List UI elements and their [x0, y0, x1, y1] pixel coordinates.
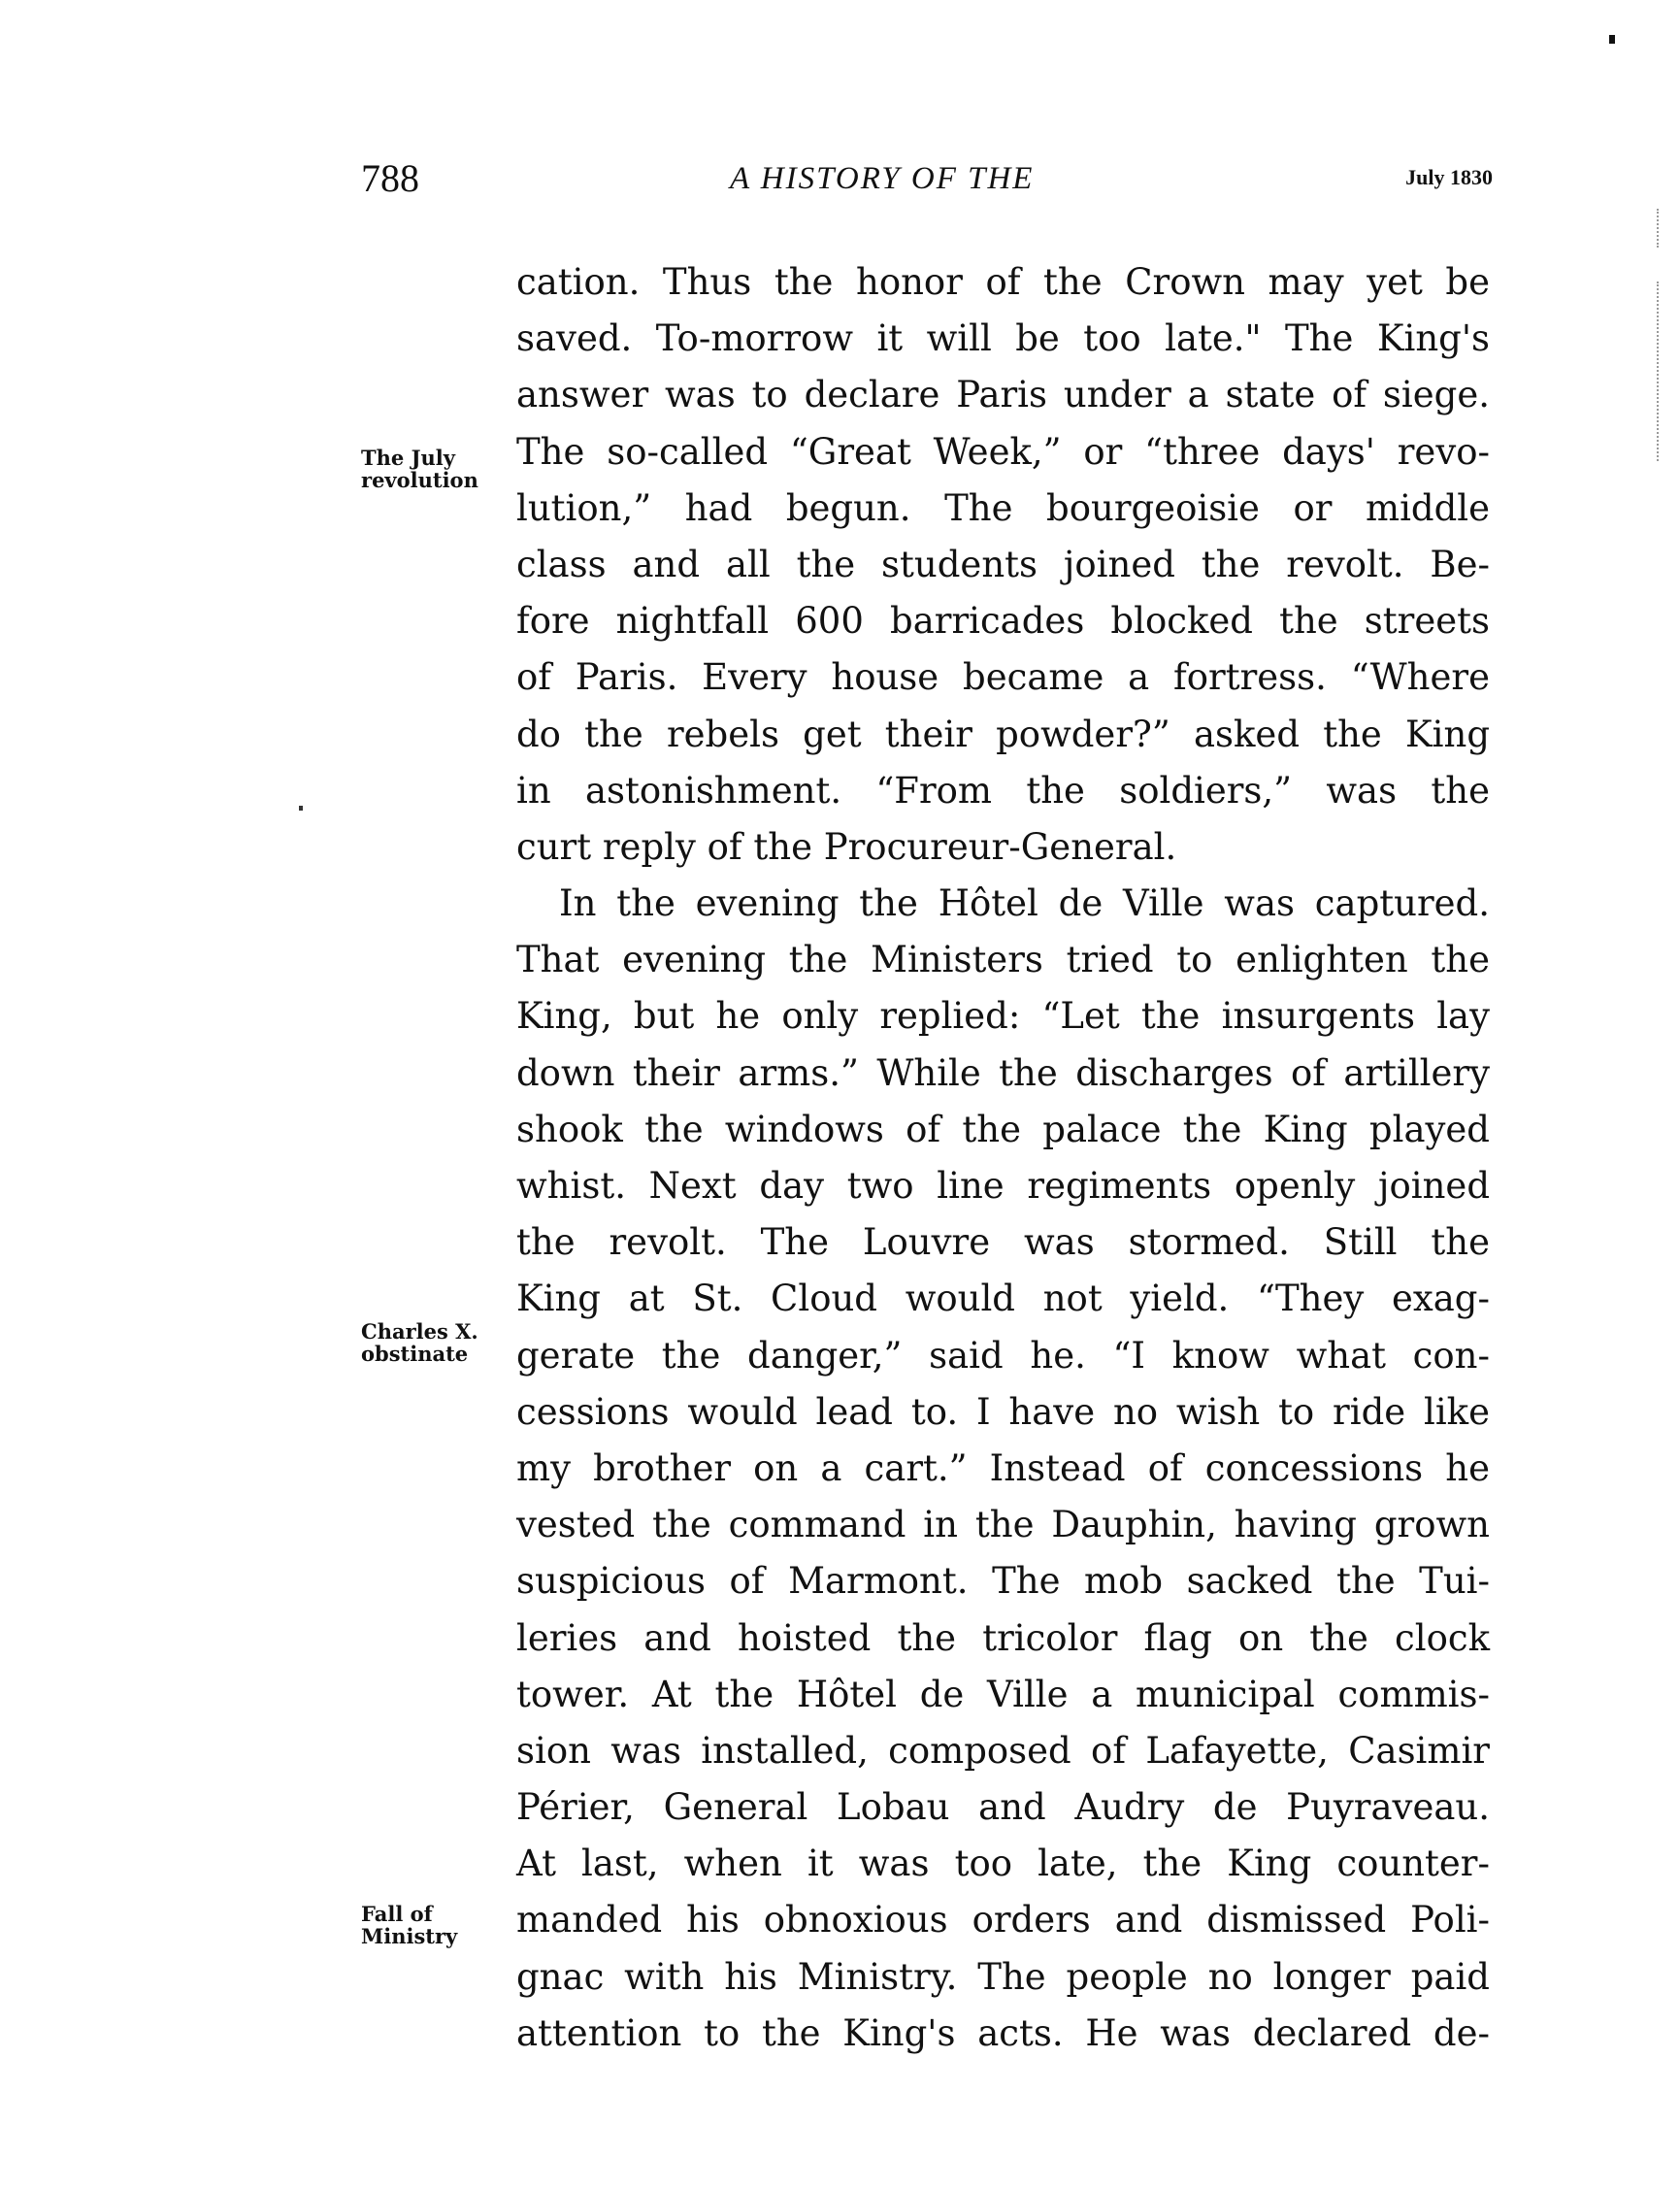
margin-note-line: obstinate: [361, 1343, 478, 1365]
text-line: attention to the King's acts. He was dec…: [516, 2006, 1490, 2062]
scan-mark: [1609, 35, 1615, 44]
margin-note-charles-obstinate: Charles X. obstinate: [361, 1320, 478, 1365]
book-page: 788 A HISTORY OF THE July 1830 The July …: [0, 0, 1680, 2191]
text-line: down their arms.” While the discharges o…: [516, 1046, 1490, 1102]
text-line: do the rebels get their powder?” asked t…: [516, 707, 1490, 763]
margin-note-line: Charles X.: [361, 1320, 478, 1343]
text-line: cation. Thus the honor of the Crown may …: [516, 254, 1490, 311]
text-line: curt reply of the Procureur-General.: [516, 819, 1490, 876]
text-line: King at St. Cloud would not yield. “They…: [516, 1271, 1490, 1327]
text-line: vested the command in the Dauphin, havin…: [516, 1497, 1490, 1553]
page-number: 788: [361, 155, 419, 201]
text-line: the revolt. The Louvre was stormed. Stil…: [516, 1214, 1490, 1271]
margin-note-july-revolution: The July revolution: [361, 447, 478, 491]
scan-speck: [299, 806, 303, 811]
margin-note-line: revolution: [361, 469, 478, 491]
text-line: my brother on a cart.” Instead of conces…: [516, 1441, 1490, 1497]
margin-note-line: Ministry: [361, 1925, 457, 1947]
text-line: gerate the danger,” said he. “I know wha…: [516, 1328, 1490, 1384]
text-line: gnac with his Ministry. The people no lo…: [516, 1949, 1490, 2006]
text-line: of Paris. Every house became a fortress.…: [516, 649, 1490, 706]
running-title: A HISTORY OF THE: [730, 161, 1034, 197]
scan-edge-marks: [1657, 209, 1662, 248]
text-line: At last, when it was too late, the King …: [516, 1836, 1490, 1892]
running-date: July 1830: [1405, 165, 1493, 190]
text-line: suspicious of Marmont. The mob sacked th…: [516, 1553, 1490, 1610]
text-line: cessions would lead to. I have no wish t…: [516, 1384, 1490, 1441]
margin-note-line: Fall of: [361, 1903, 457, 1925]
margin-note-line: The July: [361, 447, 478, 469]
running-header: 788 A HISTORY OF THE July 1830: [361, 155, 1487, 214]
margin-note-fall-of-ministry: Fall of Ministry: [361, 1903, 457, 1947]
body-text: cation. Thus the honor of the Crown may …: [516, 254, 1490, 2062]
text-line: sion was installed, composed of Lafayett…: [516, 1723, 1490, 1779]
text-line: class and all the students joined the re…: [516, 537, 1490, 593]
text-line: That evening the Ministers tried to enli…: [516, 932, 1490, 988]
text-line: The so-called “Great Week,” or “three da…: [516, 424, 1490, 481]
text-line: shook the windows of the palace the King…: [516, 1102, 1490, 1158]
text-line: whist. Next day two line regiments openl…: [516, 1158, 1490, 1214]
text-line: Périer, General Lobau and Audry de Puyra…: [516, 1779, 1490, 1836]
text-line: leries and hoisted the tricolor flag on …: [516, 1610, 1490, 1667]
text-line: answer was to declare Paris under a stat…: [516, 367, 1490, 423]
scan-edge-marks: [1657, 282, 1662, 461]
text-line: tower. At the Hôtel de Ville a municipal…: [516, 1667, 1490, 1723]
text-line: lution,” had begun. The bourgeoisie or m…: [516, 481, 1490, 537]
text-line: King, but he only replied: “Let the insu…: [516, 988, 1490, 1045]
text-line: In the evening the Hôtel de Ville was ca…: [516, 876, 1490, 932]
text-line: saved. To-morrow it will be too late." T…: [516, 311, 1490, 367]
text-line: in astonishment. “From the soldiers,” wa…: [516, 763, 1490, 819]
text-line: manded his obnoxious orders and dismisse…: [516, 1892, 1490, 1948]
text-line: fore nightfall 600 barricades blocked th…: [516, 593, 1490, 649]
